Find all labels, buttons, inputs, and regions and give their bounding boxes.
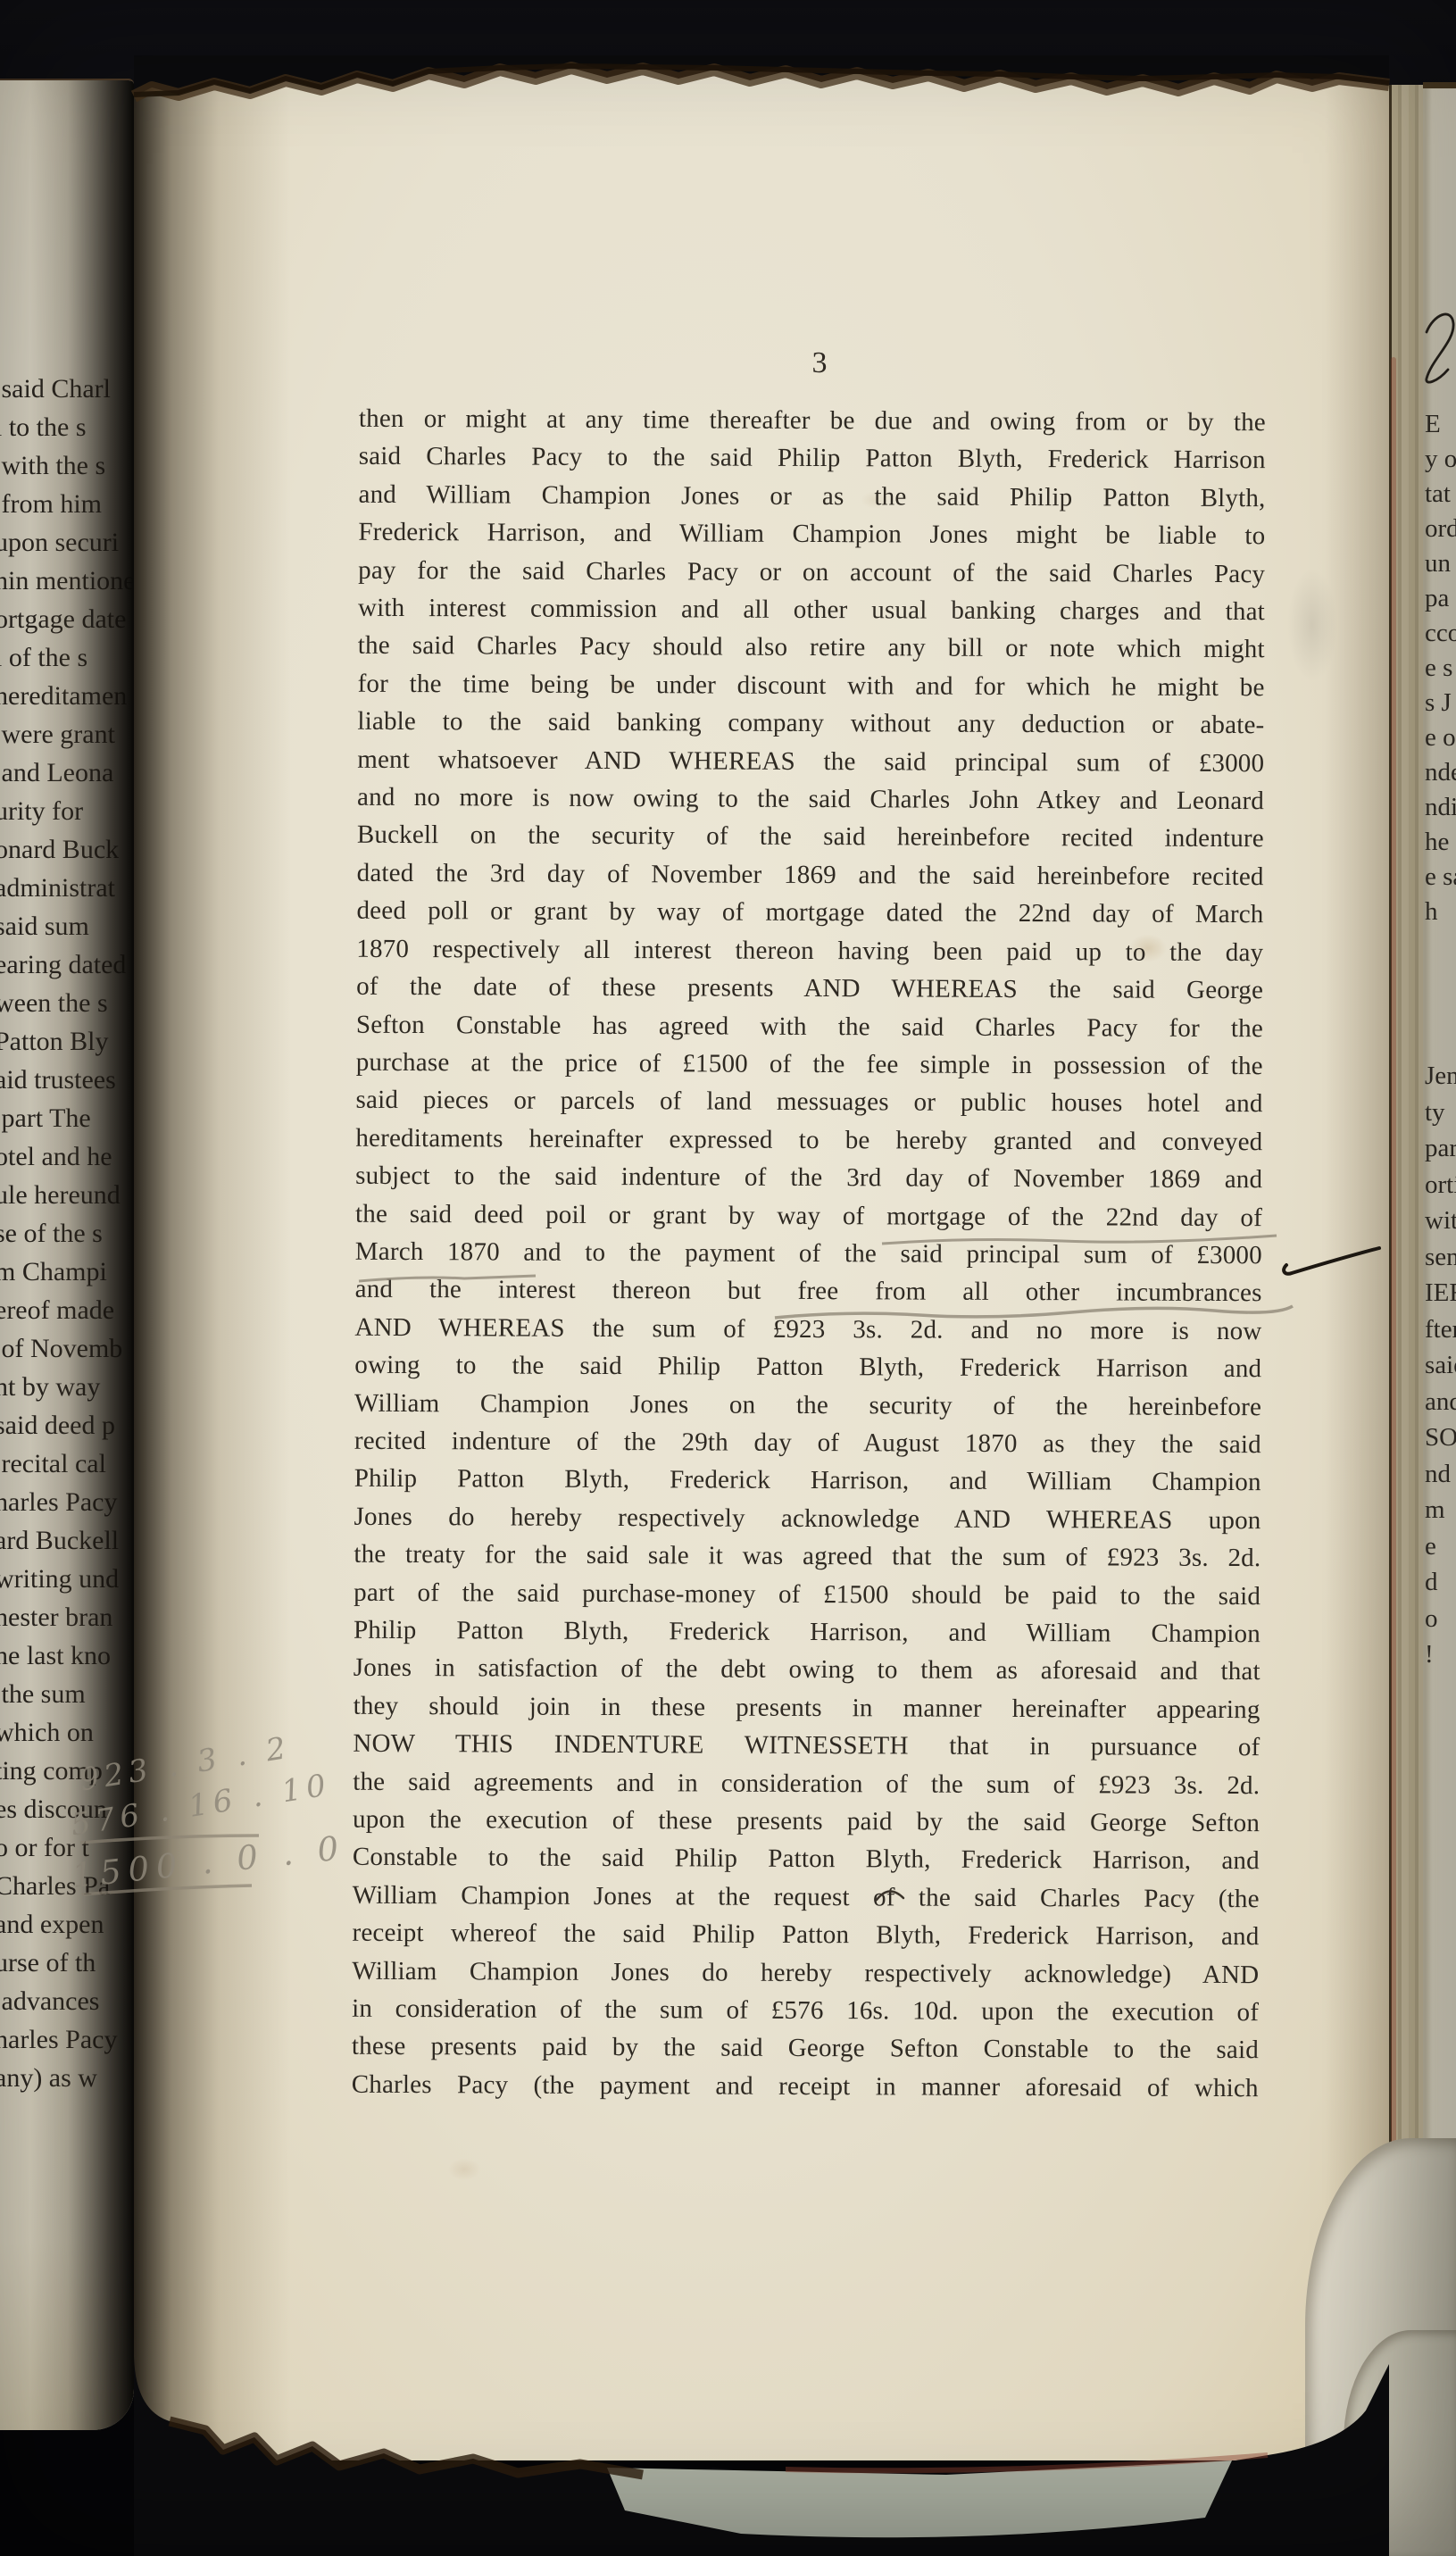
left-text-line: ortgage date: [0, 600, 134, 638]
left-text-line: the sum: [0, 1675, 134, 1713]
right-text-line: said: [1425, 1347, 1456, 1384]
right-text-line: e o: [1425, 720, 1456, 755]
left-text-line: m Champi: [0, 1253, 134, 1291]
right-text-line: he: [1425, 825, 1456, 860]
text-line: the treaty for the said sale it was agre…: [354, 1536, 1260, 1578]
left-text-line: any) as w: [0, 2059, 134, 2097]
right-text-line: ortio: [1425, 1167, 1456, 1203]
left-text-line: and Leona: [0, 753, 134, 792]
text-line: 1870 respectively all interest thereon h…: [356, 929, 1263, 971]
left-text-line: onard Buck: [0, 830, 134, 869]
left-text-line: writing und: [0, 1560, 134, 1598]
text-line: the said deed poil or grant by way of mo…: [355, 1195, 1262, 1236]
left-text-line: hester bran: [0, 1598, 134, 1636]
left-text-line: advances: [0, 1982, 134, 2020]
right-text-line: e sa: [1425, 860, 1456, 895]
right-text-line: h: [1425, 895, 1456, 929]
text-line: they should join in these presents in ma…: [354, 1687, 1260, 1729]
text-line: for the time being be under discount wit…: [358, 665, 1265, 707]
text-line: then or might at any time thereafter be …: [359, 400, 1266, 442]
right-text-line: IEF: [1425, 1275, 1456, 1311]
right-text-line: pa: [1425, 581, 1456, 616]
left-text-line: recital cal: [0, 1445, 134, 1483]
text-line: the said Charles Pacy should also retire…: [358, 627, 1265, 669]
text-line: and the interest thereon but free from a…: [355, 1270, 1262, 1312]
left-text-line: hereditamen: [0, 677, 134, 715]
text-line: Frederick Harrison, and William Champion…: [358, 513, 1265, 555]
text-line: part of the said purchase-money of £1500…: [354, 1573, 1260, 1615]
right-text-line: wit: [1425, 1203, 1456, 1239]
left-text-line: from him: [0, 485, 134, 523]
text-line: Jones do hereby respectively acknowledge…: [354, 1498, 1260, 1540]
text-line: subject to the said indenture of the 3rd…: [355, 1157, 1262, 1199]
text-line: said pieces or parcels of land messuages…: [355, 1081, 1262, 1123]
left-text-line: administrat: [0, 869, 134, 907]
red-stained-edge: [1391, 357, 1396, 2357]
right-text-line: e: [1425, 1528, 1456, 1565]
left-text-line: said Charl: [0, 370, 134, 408]
text-line: hereditaments hereinafter expressed to b…: [355, 1119, 1262, 1161]
left-text-line: ule hereund: [0, 1176, 134, 1214]
right-text-line: and: [1425, 1384, 1456, 1420]
right-text-line: y or: [1425, 442, 1456, 477]
right-text-line: d: [1425, 1564, 1456, 1601]
left-text-line: ne last kno: [0, 1636, 134, 1675]
left-text-line: earing dated: [0, 945, 134, 984]
text-line: said Charles Pacy to the said Philip Pat…: [359, 437, 1266, 479]
text-line: of the date of these presents AND WHEREA…: [356, 968, 1263, 1010]
text-line: Buckell on the security of the said here…: [357, 816, 1264, 858]
left-text-line: upon securi: [0, 523, 134, 562]
right-text-line: tat: [1425, 477, 1456, 512]
text-line: AND WHEREAS the sum of £923 3s. 2d. and …: [354, 1309, 1261, 1351]
text-line: Jones in satisfaction of the debt owing …: [354, 1649, 1260, 1691]
page-number: 3: [786, 346, 853, 380]
text-line: liable to the said banking company witho…: [357, 703, 1264, 745]
right-text-line: ty: [1425, 1095, 1456, 1131]
left-text-line: urity for: [0, 792, 134, 830]
left-text-line: ween the s: [0, 984, 134, 1022]
text-line: pay for the said Charles Pacy or on acco…: [358, 551, 1265, 593]
right-text-line: E: [1425, 407, 1456, 442]
left-text-line: hin mentione: [0, 562, 134, 600]
left-text-line: urse of th: [0, 1944, 134, 1982]
fore-edge-shading: [1309, 55, 1389, 2460]
right-text-line: s J: [1425, 686, 1456, 720]
text-line: receipt whereof the said Philip Patton B…: [352, 1914, 1259, 1956]
left-text-line: l of the s: [0, 638, 134, 677]
left-text-line: were grant: [0, 715, 134, 753]
text-line: upon the execution of these presents pai…: [353, 1801, 1260, 1843]
text-line: and William Champion Jones or as the sai…: [358, 476, 1265, 518]
right-text-line: ord: [1425, 512, 1456, 546]
next-page-text-upper: Ey ortatordunpaccoe ss Je ondendihee sah: [1425, 407, 1456, 929]
text-line: Constable to the said Philip Patton Blyt…: [353, 1838, 1260, 1880]
text-line: deed poll or grant by way of mortgage da…: [356, 892, 1263, 934]
text-line: March 1870 and to the payment of the sai…: [355, 1233, 1262, 1275]
left-text-line: and expen: [0, 1905, 134, 1944]
book-photo: said Charll to the s with the s from him…: [0, 0, 1456, 2556]
text-line: Sefton Constable has agreed with the sai…: [356, 1005, 1263, 1047]
text-line: recited indenture of the 29th day of Aug…: [354, 1422, 1261, 1464]
next-page-text-lower: JentypariortiowitsentIEFftersaidandSOndm…: [1425, 1058, 1456, 1673]
right-text-line: m: [1425, 1492, 1456, 1528]
left-text-line: ard Buckell: [0, 1521, 134, 1560]
right-text-line: ndi: [1425, 790, 1456, 825]
right-text-line: e s: [1425, 651, 1456, 686]
gutter-shading: [134, 55, 348, 2460]
right-text-line: Jen: [1425, 1058, 1456, 1095]
document-text: then or might at any time thereafter be …: [352, 400, 1266, 2108]
text-line: William Champion Jones on the security o…: [354, 1384, 1261, 1426]
text-line: with interest commission and all other u…: [358, 589, 1265, 631]
right-text-line: nd: [1425, 1456, 1456, 1493]
text-line: William Champion Jones at the request of…: [353, 1877, 1260, 1919]
left-text-line: part The: [0, 1099, 134, 1137]
left-page: said Charll to the s with the s from him…: [0, 79, 134, 2430]
left-text-line: Patton Bly: [0, 1022, 134, 1061]
right-text-line: sent: [1425, 1239, 1456, 1276]
left-page-text: said Charll to the s with the s from him…: [0, 370, 134, 2097]
right-text-line: o: [1425, 1601, 1456, 1637]
left-text-line: se of the s: [0, 1214, 134, 1253]
left-text-line: with the s: [0, 446, 134, 485]
left-text-line: ereof made: [0, 1291, 134, 1329]
right-text-line: fter: [1425, 1311, 1456, 1348]
right-text-line: pari: [1425, 1130, 1456, 1167]
left-text-line: which on: [0, 1713, 134, 1752]
text-line: these presents paid by the said George S…: [352, 2027, 1259, 2069]
text-line: in consideration of the sum of £576 16s.…: [352, 1990, 1259, 2032]
text-line: and no more is now owing to the said Cha…: [357, 778, 1264, 820]
right-text-line: un: [1425, 546, 1456, 581]
under-page: [607, 2460, 1232, 2537]
right-text-line: nde: [1425, 755, 1456, 790]
left-text-line: nt by way: [0, 1368, 134, 1406]
left-text-line: l to the s: [0, 408, 134, 446]
text-line: ment whatsoever AND WHEREAS the said pri…: [357, 740, 1264, 782]
left-text-line: said deed p: [0, 1406, 134, 1445]
right-text-line: SO: [1425, 1420, 1456, 1456]
right-text-line: cco: [1425, 616, 1456, 651]
left-text-line: harles Pacy: [0, 1483, 134, 1521]
text-line: purchase at the price of £1500 of the fe…: [356, 1044, 1263, 1086]
text-line: Philip Patton Blyth, Frederick Harrison,…: [354, 1460, 1261, 1502]
left-text-line: aid trustees: [0, 1061, 134, 1099]
text-line: the said agreements and in consideration…: [353, 1762, 1260, 1804]
left-text-line: said sum: [0, 907, 134, 945]
left-text-line: harles Pacy: [0, 2020, 134, 2059]
text-line: dated the 3rd day of November 1869 and t…: [357, 854, 1264, 896]
right-text-line: !: [1425, 1636, 1456, 1673]
left-text-line: of Novemb: [0, 1329, 134, 1368]
text-line: William Champion Jones do hereby respect…: [352, 1952, 1259, 1994]
text-line: Charles Pacy (the payment and receipt in…: [352, 2066, 1259, 2108]
text-line: NOW THIS INDENTURE WITNESSETH that in pu…: [353, 1725, 1260, 1767]
text-line: Philip Patton Blyth, Frederick Harrison,…: [354, 1611, 1260, 1653]
text-line: owing to the said Philip Patton Blyth, F…: [354, 1346, 1261, 1388]
left-text-line: otel and he: [0, 1137, 134, 1176]
